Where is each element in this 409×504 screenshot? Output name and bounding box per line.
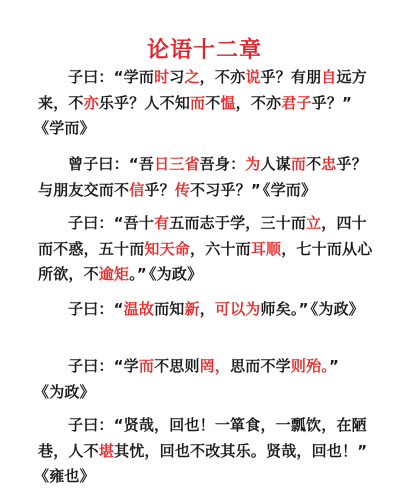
highlighted-text: 君子	[281, 94, 311, 112]
quote-text: ，不亦	[200, 68, 246, 86]
quote-text: ，六十而	[190, 240, 251, 258]
highlighted-text: 而	[139, 357, 154, 375]
quote-text: 其忧，回也不改其乐。贤哉，回也！”	[114, 442, 367, 460]
quote-paragraph-6: 子曰：“贤哉，回也！一箪食，一瓢饮，在陋巷，人不堪其忧，回也不改其乐。贤哉，回也…	[38, 413, 374, 490]
highlighted-text: 日三省	[154, 155, 200, 173]
quote-text: 子曰：“	[68, 300, 124, 318]
highlighted-text: 而	[190, 94, 205, 112]
quote-text: 习	[169, 68, 184, 86]
quote-text: 五而志于学，三十而	[169, 214, 306, 232]
quote-text: 乎？有朋	[260, 68, 321, 86]
highlighted-text: 之	[184, 68, 199, 86]
quote-text: 子曰：“吾十	[68, 214, 154, 232]
quote-text: ，	[200, 300, 215, 318]
quote-paragraph-1: 子曰：“学而时习之，不亦说乎？有朋自远方来，不亦乐乎？人不知而不愠，不亦君子乎？…	[38, 65, 374, 142]
quote-text: 不思则	[154, 357, 200, 375]
quote-paragraph-2: 曾子曰：“吾日三省吾身：为人谋而不忠乎？与朋友交而不信乎？传不习乎？”《学而》	[38, 152, 374, 203]
quote-text: 乐乎？人不知	[99, 94, 190, 112]
highlighted-text: 逾矩	[99, 265, 129, 283]
quote-text: 。”	[129, 265, 147, 283]
source-citation: 《为政》	[311, 300, 364, 318]
page-title: 论语十二章	[0, 33, 409, 64]
quote-text: 乎？	[144, 181, 174, 199]
highlighted-text: 有	[154, 214, 169, 232]
quote-text: 乎？”	[312, 94, 352, 112]
highlighted-text: 自	[321, 68, 336, 86]
quote-text: 曾子曰：“吾	[68, 155, 154, 173]
source-citation: 《学而》	[263, 181, 316, 199]
highlighted-text: 而	[291, 155, 306, 173]
highlighted-text: 耳顺	[251, 240, 281, 258]
quote-text: 不习乎？”	[190, 181, 261, 199]
source-citation: 《雍也》	[34, 464, 374, 490]
quote-paragraph-4: 子曰：“温故而知新，可以为师矣。”《为政》	[38, 297, 374, 323]
quote-text: 子曰：“学而	[68, 68, 154, 86]
highlighted-text: 愠	[220, 94, 235, 112]
highlighted-text: 温故	[124, 300, 154, 318]
quote-text: 不	[205, 94, 220, 112]
highlighted-text: 信	[129, 181, 144, 199]
quote-text: 而知	[154, 300, 184, 318]
highlighted-text: 可以为	[215, 300, 261, 318]
highlighted-text: 为	[245, 155, 260, 173]
quote-text: ，不亦	[236, 94, 282, 112]
quote-text: 不	[306, 155, 321, 173]
highlighted-text: 立	[306, 214, 321, 232]
highlighted-text: 新	[184, 300, 199, 318]
source-citation: 《为政》	[34, 380, 374, 406]
quote-text: 子曰：“学	[68, 357, 139, 375]
quote-text: 师矣。”	[261, 300, 309, 318]
highlighted-text: 时	[154, 68, 169, 86]
highlighted-text: 传	[175, 181, 190, 199]
quote-text: 吾身：	[200, 155, 246, 173]
source-citation: 《为政》	[149, 265, 202, 283]
quote-paragraph-3: 子曰：“吾十有五而志于学，三十而立，四十而不惑，五十而知天命，六十而耳顺，七十而…	[38, 211, 374, 288]
quote-paragraph-5: 子曰：“学而不思则罔，思而不学则殆。”《为政》	[38, 354, 374, 405]
highlighted-text: 罔，	[200, 357, 230, 375]
highlighted-text: 堪	[99, 442, 114, 460]
quote-text: 人谋	[260, 155, 290, 173]
highlighted-text: 知天命	[144, 240, 190, 258]
highlighted-text: 忠	[321, 155, 336, 173]
quote-text: ”	[329, 357, 339, 375]
quote-text: 思而不学	[230, 357, 291, 375]
source-citation: 《学而》	[34, 116, 374, 142]
highlighted-text: 说	[245, 68, 260, 86]
highlighted-text: 则殆。	[291, 357, 329, 375]
highlighted-text: 亦	[84, 94, 99, 112]
